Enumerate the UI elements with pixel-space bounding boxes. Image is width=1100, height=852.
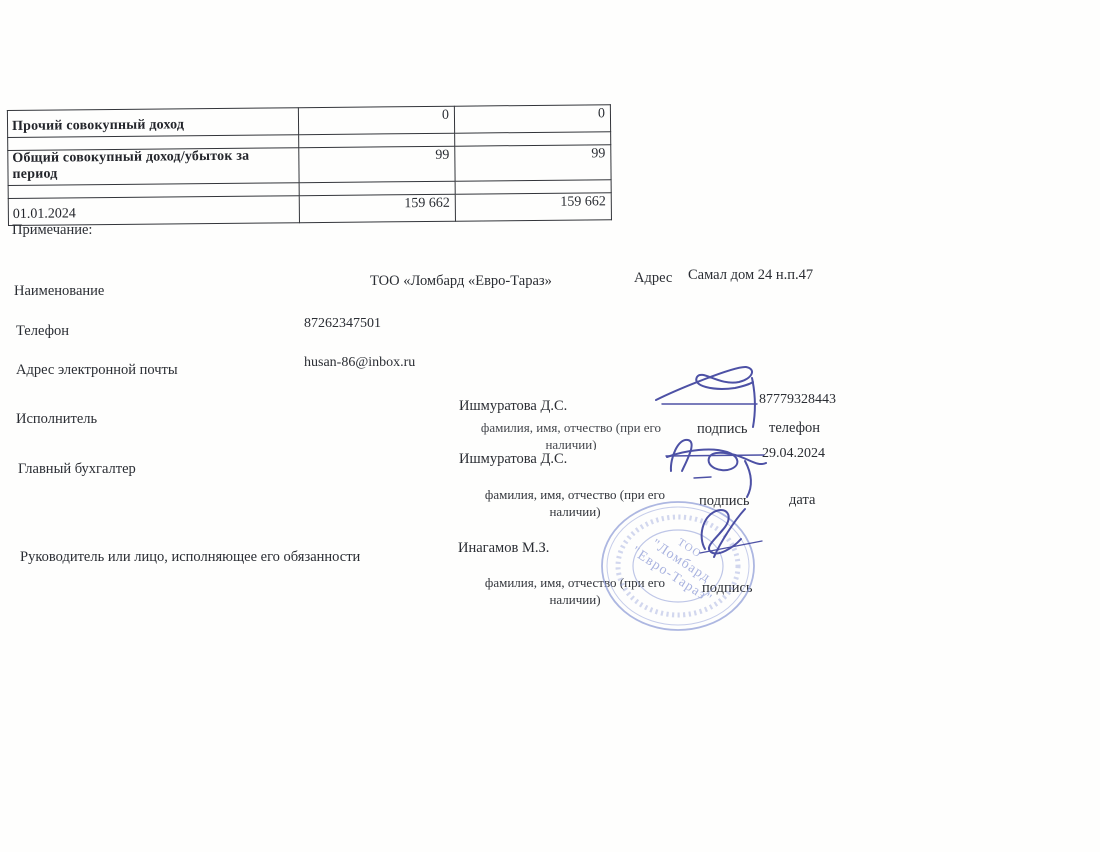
signer-name: Инагамов М.З. <box>458 540 549 557</box>
fio-caption: фамилия, имя, отчество (при его наличии) <box>466 574 684 608</box>
fio-caption: фамилия, имя, отчество (при его наличии) <box>466 486 684 520</box>
company-stamp: ТОО "Ломбард "Евро-Тараз" <box>602 502 754 630</box>
signature-caption: подпись <box>702 580 753 597</box>
note-label: Примечание: <box>12 222 92 239</box>
fio-caption: фамилия, имя, отчество (при его наличии) <box>462 419 680 450</box>
org-address-label: Адрес <box>634 270 672 287</box>
row-value-col2: 99 <box>299 146 455 182</box>
signer-name: Ишмуратова Д.С. <box>459 451 567 468</box>
signer-date-value: 29.04.2024 <box>762 446 825 462</box>
signer-phone-value: 87779328443 <box>759 392 836 408</box>
scanned-financial-report-page: Прочий совокупный доход 0 0 Общий совоку… <box>0 0 1100 852</box>
signer-role: Исполнитель <box>16 411 97 428</box>
date-caption: дата <box>789 492 815 509</box>
row-label: Общий совокупный доход/убыток за период <box>8 148 299 186</box>
org-name-label: Наименование <box>14 283 104 300</box>
signer-role: Руководитель или лицо, исполняющее его о… <box>20 549 360 566</box>
org-phone-value: 87262347501 <box>304 316 381 332</box>
phone-caption: телефон <box>769 420 820 437</box>
org-email-value: husan-86@inbox.ru <box>304 355 415 371</box>
signer-role: Главный бухгалтер <box>18 461 136 478</box>
stamp-line-1: ТОО <box>675 536 703 560</box>
signer-name: Ишмуратова Д.С. <box>459 398 567 415</box>
summary-table: Прочий совокупный доход 0 0 Общий совоку… <box>7 104 612 226</box>
table-row: 01.01.2024 159 662 159 662 <box>8 193 611 226</box>
row-value-col3: 0 <box>454 105 610 133</box>
table-row: Общий совокупный доход/убыток за период … <box>8 145 611 186</box>
org-address-value: Самал дом 24 н.п.47 <box>688 267 813 284</box>
signature-executor <box>656 367 757 427</box>
row-value-col3: 99 <box>455 145 611 181</box>
signature-director <box>700 509 762 557</box>
signature-caption: подпись <box>697 421 748 438</box>
org-name-value: ТОО «Ломбард «Евро-Тараз» <box>370 273 552 290</box>
row-value-col2: 0 <box>298 106 454 134</box>
signature-caption: подпись <box>699 493 750 510</box>
org-phone-label: Телефон <box>16 323 69 340</box>
row-value-col3: 159 662 <box>455 193 611 221</box>
row-value-col2: 159 662 <box>299 194 455 222</box>
org-email-label: Адрес электронной почты <box>16 362 178 379</box>
row-label: Прочий совокупный доход <box>7 108 298 138</box>
